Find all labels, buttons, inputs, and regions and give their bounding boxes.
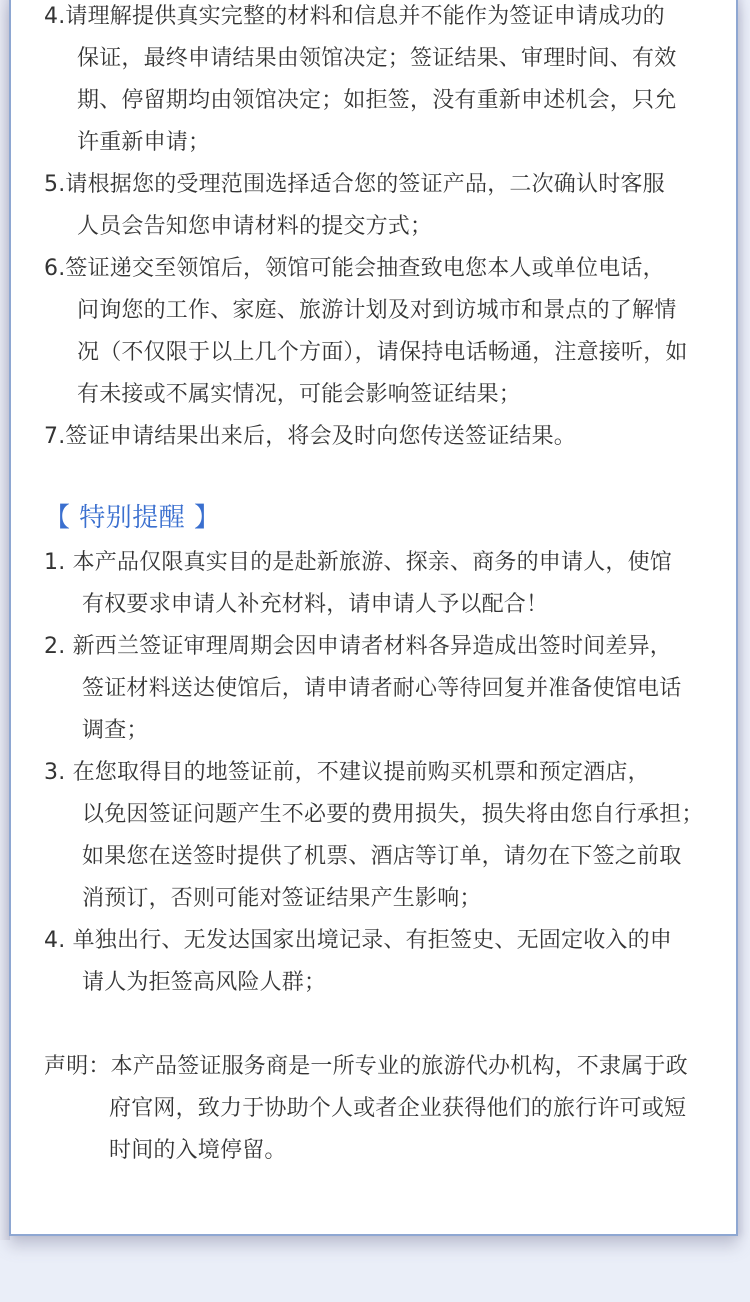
item-number: 5. xyxy=(44,164,65,206)
item-text: 单独出行、无发达国家出境记录、有拒签史、无固定收入的申 xyxy=(73,928,672,953)
item-text: 如果您在送签时提供了机票、酒店等订单，请勿在下签之前取 xyxy=(44,836,716,878)
item-number: 3. xyxy=(44,752,65,794)
item-text: 有权要求申请人补充材料，请申请人予以配合！ xyxy=(44,584,716,626)
item-number: 1. xyxy=(44,542,65,584)
note-item-6: 6.签证递交至领馆后，领馆可能会抽查致电您本人或单位电话， 问询您的工作、家庭、… xyxy=(44,248,716,416)
item-number: 4. xyxy=(44,0,65,38)
item-text: 有未接或不属实情况，可能会影响签证结果； xyxy=(44,374,716,416)
item-text: 以免因签证问题产生不必要的费用损失，损失将由您自行承担； xyxy=(44,794,716,836)
reminder-item-2: 2. 新西兰签证审理周期会因申请者材料各异造成出签时间差异， 签证材料送达使馆后… xyxy=(44,626,716,752)
item-text: 许重新申请； xyxy=(44,122,716,164)
reminder-item-1: 1. 本产品仅限真实目的是赴新旅游、探亲、商务的申请人，使馆 有权要求申请人补充… xyxy=(44,542,716,626)
item-number: 2. xyxy=(44,626,65,668)
item-text: 本产品仅限真实目的是赴新旅游、探亲、商务的申请人，使馆 xyxy=(73,550,672,575)
item-text: 新西兰签证审理周期会因申请者材料各异造成出签时间差异， xyxy=(73,634,672,659)
item-text: 况（不仅限于以上几个方面），请保持电话畅通，注意接听，如 xyxy=(44,332,716,374)
item-text: 请理解提供真实完整的材料和信息并不能作为签证申请成功的 xyxy=(65,4,664,29)
note-item-4: 4.请理解提供真实完整的材料和信息并不能作为签证申请成功的 保证，最终申请结果由… xyxy=(44,0,716,164)
item-text: 签证材料送达使馆后，请申请者耐心等待回复并准备使馆电话 xyxy=(44,668,716,710)
item-text: 期、停留期均由领馆决定；如拒签，没有重新申述机会，只允 xyxy=(44,80,716,122)
item-text: 问询您的工作、家庭、旅游计划及对到访城市和景点的了解情 xyxy=(44,290,716,332)
declaration-text: 府官网，致力于协助个人或者企业获得他们的旅行许可或短 xyxy=(44,1088,716,1130)
declaration-label: 声明： xyxy=(44,1054,111,1079)
item-text: 请根据您的受理范围选择适合您的签证产品，二次确认时客服 xyxy=(65,172,664,197)
item-text: 消预订，否则可能对签证结果产生影响； xyxy=(44,878,716,920)
note-item-5: 5.请根据您的受理范围选择适合您的签证产品，二次确认时客服 人员会告知您申请材料… xyxy=(44,164,716,248)
item-number: 4. xyxy=(44,920,65,962)
spacer xyxy=(44,458,716,498)
item-text: 保证，最终申请结果由领馆决定；签证结果、审理时间、有效 xyxy=(44,38,716,80)
declaration: 声明：本产品签证服务商是一所专业的旅游代办机构，不隶属于政 府官网，致力于协助个… xyxy=(44,1046,716,1172)
item-number: 7. xyxy=(44,416,65,458)
spacer xyxy=(44,1004,716,1046)
reminder-item-4: 4. 单独出行、无发达国家出境记录、有拒签史、无固定收入的申 请人为拒签高风险人… xyxy=(44,920,716,1004)
item-text: 人员会告知您申请材料的提交方式； xyxy=(44,206,716,248)
declaration-text: 本产品签证服务商是一所专业的旅游代办机构，不隶属于政 xyxy=(111,1054,688,1079)
notice-card: 4.请理解提供真实完整的材料和信息并不能作为签证申请成功的 保证，最终申请结果由… xyxy=(9,0,738,1236)
section-heading: 【 特别提醒 】 xyxy=(44,498,716,542)
notice-content: 4.请理解提供真实完整的材料和信息并不能作为签证申请成功的 保证，最终申请结果由… xyxy=(44,0,716,1172)
item-text: 调查； xyxy=(44,710,716,752)
notes-list: 4.请理解提供真实完整的材料和信息并不能作为签证申请成功的 保证，最终申请结果由… xyxy=(44,0,716,458)
declaration-text: 时间的入境停留。 xyxy=(44,1130,716,1172)
note-item-7: 7.签证申请结果出来后，将会及时向您传送签证结果。 xyxy=(44,416,716,458)
item-text: 在您取得目的地签证前，不建议提前购买机票和预定酒店， xyxy=(73,760,650,785)
item-text: 签证申请结果出来后，将会及时向您传送签证结果。 xyxy=(65,424,576,449)
item-number: 6. xyxy=(44,248,65,290)
reminder-item-3: 3. 在您取得目的地签证前，不建议提前购买机票和预定酒店， 以免因签证问题产生不… xyxy=(44,752,716,920)
item-text: 请人为拒签高风险人群； xyxy=(44,962,716,1004)
item-text: 签证递交至领馆后，领馆可能会抽查致电您本人或单位电话， xyxy=(65,256,664,281)
special-reminder-section: 【 特别提醒 】 1. 本产品仅限真实目的是赴新旅游、探亲、商务的申请人，使馆 … xyxy=(44,498,716,1004)
